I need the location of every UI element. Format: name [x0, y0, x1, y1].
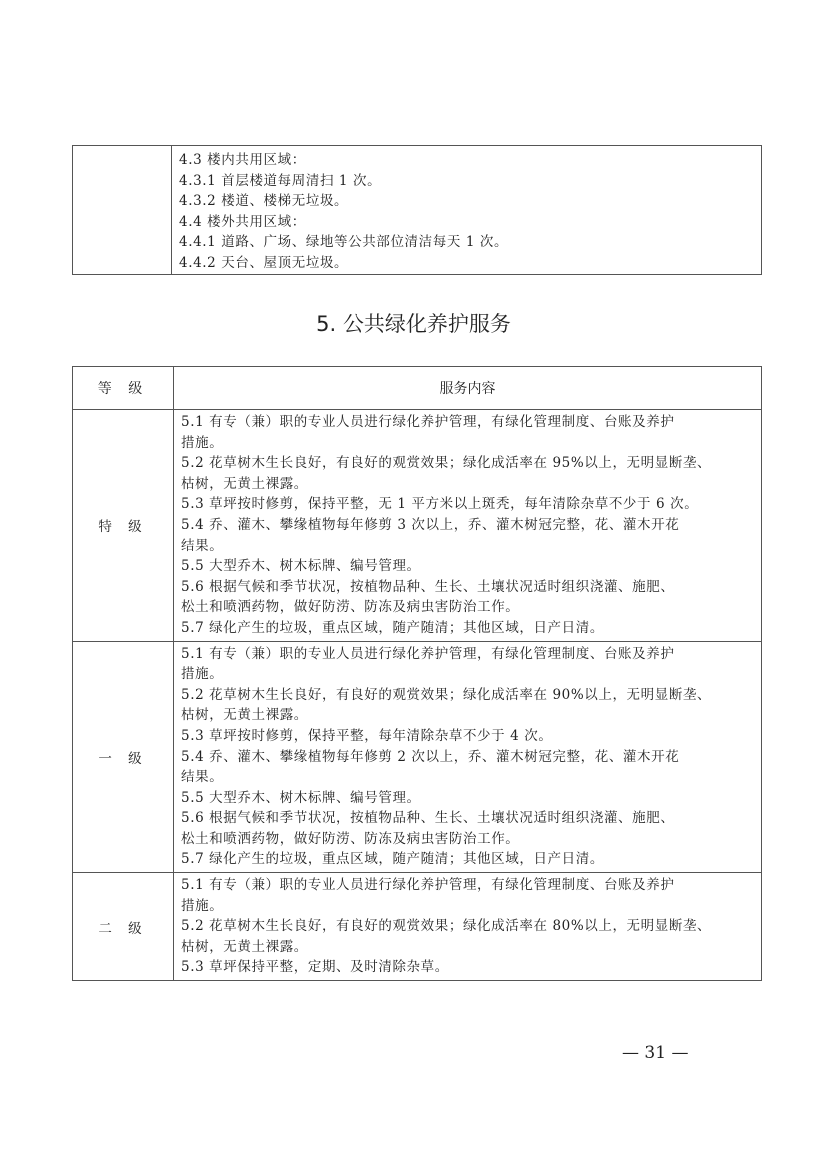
table-row-second-grade: 二 级 5.1 有专（兼）职的专业人员进行绿化养护管理，有绿化管理制度、台账及养…	[73, 873, 762, 981]
content-line: 5.6 根据气候和季节状况，按植物品种、生长、土壤状况适时组织浇灌、施肥、	[181, 577, 755, 598]
content-line: 5.3 草坪保持平整，定期、及时清除杂草。	[181, 957, 755, 978]
content-cell: 5.1 有专（兼）职的专业人员进行绿化养护管理，有绿化管理制度、台账及养护 措施…	[174, 873, 762, 981]
content-line: 4.3.1 首层楼道每周清扫 1 次。	[179, 171, 755, 192]
grade-cell: 二 级	[73, 873, 174, 981]
content-line: 结果。	[181, 767, 755, 788]
content-line: 4.4 楼外共用区域：	[179, 212, 755, 233]
content-line: 5.7 绿化产生的垃圾，重点区域，随产随清；其他区域，日产日清。	[181, 849, 755, 870]
content-line: 松土和喷洒药物，做好防涝、防冻及病虫害防治工作。	[181, 829, 755, 850]
content-cell: 5.1 有专（兼）职的专业人员进行绿化养护管理，有绿化管理制度、台账及养护 措施…	[174, 641, 762, 873]
content-line: 5.4 乔、灌木、攀缘植物每年修剪 3 次以上，乔、灌木树冠完整，花、灌木开花	[181, 515, 755, 536]
content-cell: 5.1 有专（兼）职的专业人员进行绿化养护管理，有绿化管理制度、台账及养护 措施…	[174, 410, 762, 642]
content-line: 5.7 绿化产生的垃圾，重点区域，随产随清；其他区域，日产日清。	[181, 618, 755, 639]
content-line: 措施。	[181, 664, 755, 685]
content-line: 4.3.2 楼道、楼梯无垃圾。	[179, 191, 755, 212]
content-line: 5.4 乔、灌木、攀缘植物每年修剪 2 次以上，乔、灌木树冠完整，花、灌木开花	[181, 747, 755, 768]
content-line: 枯树，无黄土裸露。	[181, 705, 755, 726]
table-row-special-grade: 特 级 5.1 有专（兼）职的专业人员进行绿化养护管理，有绿化管理制度、台账及养…	[73, 410, 762, 642]
page-number: — 31 —	[622, 1043, 688, 1063]
table-row: 4.3 楼内共用区域： 4.3.1 首层楼道每周清扫 1 次。 4.3.2 楼道…	[73, 146, 762, 275]
content-line: 松土和喷洒药物，做好防涝、防冻及病虫害防治工作。	[181, 597, 755, 618]
table-row-first-grade: 一 级 5.1 有专（兼）职的专业人员进行绿化养护管理，有绿化管理制度、台账及养…	[73, 641, 762, 873]
section-title: 5. 公共绿化养护服务	[0, 308, 827, 338]
content-cell: 4.3 楼内共用区域： 4.3.1 首层楼道每周清扫 1 次。 4.3.2 楼道…	[172, 146, 762, 275]
grade-cell: 特 级	[73, 410, 174, 642]
content-line: 5.2 花草树木生长良好，有良好的观赏效果；绿化成活率在 80%以上，无明显断垄…	[181, 916, 755, 937]
content-line: 5.6 根据气候和季节状况，按植物品种、生长、土壤状况适时组织浇灌、施肥、	[181, 808, 755, 829]
service-table: 等 级 服务内容 特 级 5.1 有专（兼）职的专业人员进行绿化养护管理，有绿化…	[72, 366, 762, 981]
content-line: 5.5 大型乔木、树木标牌、编号管理。	[181, 556, 755, 577]
content-line: 5.3 草坪按时修剪，保持平整，每年清除杂草不少于 4 次。	[181, 726, 755, 747]
content-line: 5.2 花草树木生长良好，有良好的观赏效果；绿化成活率在 95%以上，无明显断垄…	[181, 453, 755, 474]
content-line: 5.2 花草树木生长良好，有良好的观赏效果；绿化成活率在 90%以上，无明显断垄…	[181, 685, 755, 706]
header-grade: 等 级	[73, 367, 174, 410]
content-line: 5.1 有专（兼）职的专业人员进行绿化养护管理，有绿化管理制度、台账及养护	[181, 875, 755, 896]
content-line: 4.3 楼内共用区域：	[179, 150, 755, 171]
content-line: 结果。	[181, 536, 755, 557]
content-line: 4.4.2 天台、屋顶无垃圾。	[179, 253, 755, 274]
content-line: 5.1 有专（兼）职的专业人员进行绿化养护管理，有绿化管理制度、台账及养护	[181, 644, 755, 665]
content-line: 枯树，无黄土裸露。	[181, 937, 755, 958]
content-line: 措施。	[181, 896, 755, 917]
header-content: 服务内容	[174, 367, 762, 410]
continued-table: 4.3 楼内共用区域： 4.3.1 首层楼道每周清扫 1 次。 4.3.2 楼道…	[72, 145, 762, 275]
content-line: 措施。	[181, 433, 755, 454]
grade-cell-empty	[73, 146, 172, 275]
grade-cell: 一 级	[73, 641, 174, 873]
content-line: 5.3 草坪按时修剪，保持平整，无 1 平方米以上斑秃，每年清除杂草不少于 6 …	[181, 494, 755, 515]
content-line: 5.1 有专（兼）职的专业人员进行绿化养护管理，有绿化管理制度、台账及养护	[181, 412, 755, 433]
table-header-row: 等 级 服务内容	[73, 367, 762, 410]
content-line: 枯树，无黄土裸露。	[181, 474, 755, 495]
content-line: 4.4.1 道路、广场、绿地等公共部位清洁每天 1 次。	[179, 232, 755, 253]
content-line: 5.5 大型乔木、树木标牌、编号管理。	[181, 788, 755, 809]
